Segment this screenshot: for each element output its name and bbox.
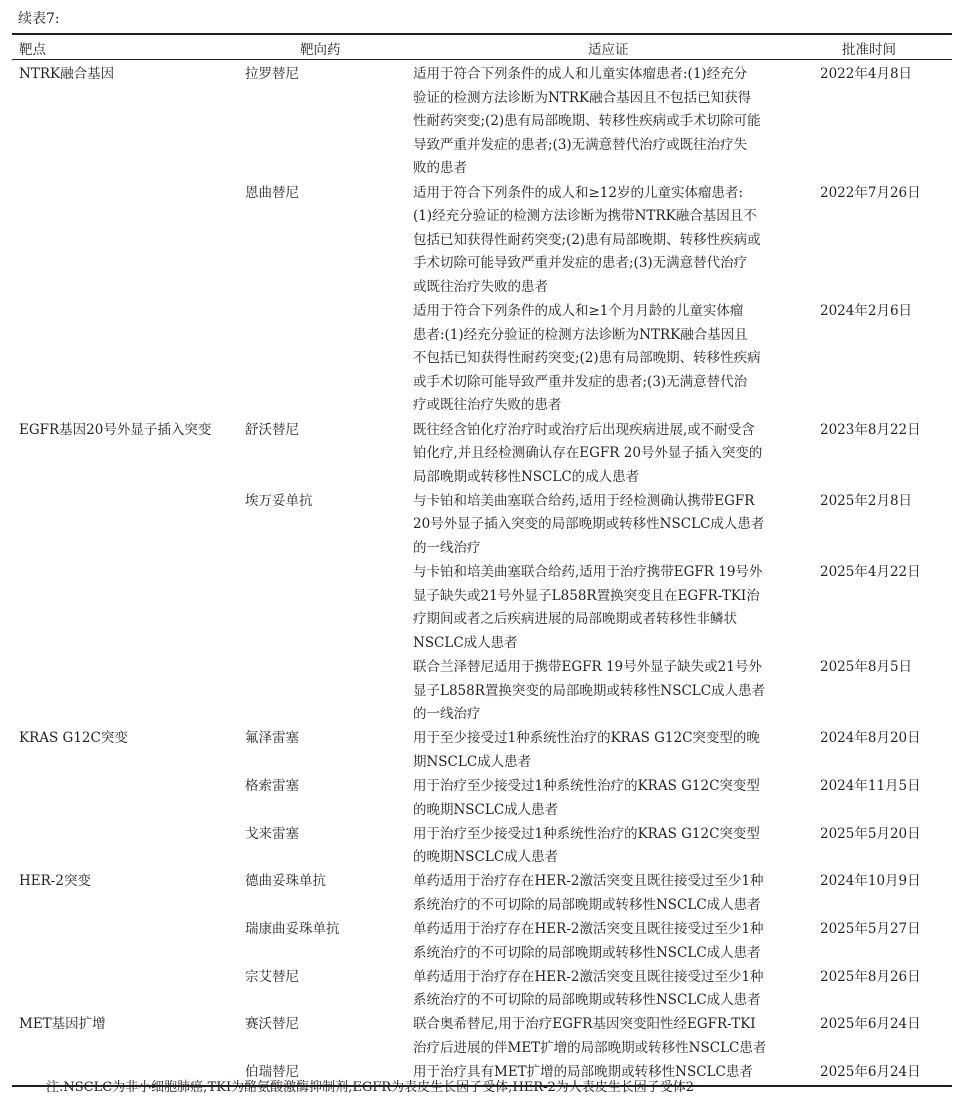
target-cell: EGFR基因20号外显子插入突变 (19, 419, 211, 443)
table-note: 注:NSCLC为非小细胞肺癌;TKI为酪氨酸激酶抑制剂;EGFR为表皮生长因子受… (46, 1076, 694, 1095)
target-cell: NTRK融合基因 (19, 63, 114, 87)
approval-date-cell: 2025年8月5日 (820, 656, 912, 680)
approval-date-cell: 2025年2月8日 (820, 490, 912, 514)
table-row: KRAS G12C突变氟泽雷塞用于至少接受过1种系统性治疗的KRAS G12C突… (12, 727, 952, 775)
table-row: 格索雷塞用于治疗至少接受过1种系统性治疗的KRAS G12C突变型 的晚期NSC… (12, 775, 952, 823)
indication-cell: 单药适用于治疗存在HER-2激活突变且既往接受过至少1种 系统治疗的不可切除的局… (413, 918, 764, 965)
header-drug: 靶向药 (300, 38, 341, 58)
approval-date-cell: 2025年6月24日 (820, 1061, 921, 1085)
table-row: MET基因扩增赛沃替尼联合奥希替尼,用于治疗EGFR基因突变阳性经EGFR-TK… (12, 1013, 952, 1061)
table-row: 宗艾替尼单药适用于治疗存在HER-2激活突变且既往接受过至少1种 系统治疗的不可… (12, 966, 952, 1014)
header-target: 靶点 (19, 38, 46, 58)
drug-cell: 恩曲替尼 (245, 182, 299, 206)
indication-cell: 单药适用于治疗存在HER-2激活突变且既往接受过至少1种 系统治疗的不可切除的局… (413, 870, 764, 917)
approval-date-cell: 2024年2月6日 (820, 300, 912, 324)
table-row: 恩曲替尼适用于符合下列条件的成人和≥12岁的儿童实体瘤患者: (1)经充分验证的… (12, 182, 952, 301)
approval-date-cell: 2024年10月9日 (820, 870, 921, 894)
drug-cell: 拉罗替尼 (245, 63, 299, 87)
indication-cell: 与卡铂和培美曲塞联合给药,适用于治疗携带EGFR 19号外 显子缺失或21号外显… (413, 561, 762, 655)
indication-cell: 适用于符合下列条件的成人和≥1个月月龄的儿童实体瘤 患者:(1)经充分验证的检测… (413, 300, 761, 418)
target-cell: HER-2突变 (19, 870, 91, 894)
drug-cell: 赛沃替尼 (245, 1013, 299, 1037)
table-body: NTRK融合基因拉罗替尼适用于符合下列条件的成人和儿童实体瘤患者:(1)经充分 … (12, 60, 952, 1085)
table-row: 适用于符合下列条件的成人和≥1个月月龄的儿童实体瘤 患者:(1)经充分验证的检测… (12, 300, 952, 419)
drug-cell: 宗艾替尼 (245, 966, 299, 990)
table-row: 瑞康曲妥珠单抗单药适用于治疗存在HER-2激活突变且既往接受过至少1种 系统治疗… (12, 918, 952, 966)
approval-date-cell: 2025年5月27日 (820, 918, 921, 942)
drug-cell: 戈来雷塞 (245, 823, 299, 847)
drug-cell: 舒沃替尼 (245, 419, 299, 443)
indication-cell: 适用于符合下列条件的成人和≥12岁的儿童实体瘤患者: (1)经充分验证的检测方法… (413, 182, 761, 300)
drug-cell: 格索雷塞 (245, 775, 299, 799)
target-cell: KRAS G12C突变 (19, 727, 128, 751)
indication-cell: 用于治疗至少接受过1种系统性治疗的KRAS G12C突变型 的晚期NSCLC成人… (413, 823, 760, 870)
table-row: 与卡铂和培美曲塞联合给药,适用于治疗携带EGFR 19号外 显子缺失或21号外显… (12, 561, 952, 656)
approval-date-cell: 2025年8月26日 (820, 966, 921, 990)
header-indication: 适应证 (588, 38, 629, 58)
approval-date-cell: 2022年4月8日 (820, 63, 912, 87)
table-caption: 续表7: (18, 8, 60, 28)
approval-date-cell: 2024年8月20日 (820, 727, 921, 751)
approval-date-cell: 2025年4月22日 (820, 561, 921, 585)
drug-cell: 德曲妥珠单抗 (245, 870, 326, 894)
table-row: EGFR基因20号外显子插入突变舒沃替尼既往经含铂化疗治疗时或治疗后出现疾病进展… (12, 419, 952, 490)
indication-cell: 与卡铂和培美曲塞联合给药,适用于经检测确认携带EGFR 20号外显子插入突变的局… (413, 490, 764, 561)
drug-approval-table: 靶点 靶向药 适应证 批准时间 NTRK融合基因拉罗替尼适用于符合下列条件的成人… (12, 33, 952, 1087)
approval-date-cell: 2025年5月20日 (820, 823, 921, 847)
header-approval-date: 批准时间 (842, 38, 896, 58)
drug-cell: 瑞康曲妥珠单抗 (245, 918, 340, 942)
indication-cell: 联合兰泽替尼适用于携带EGFR 19号外显子缺失或21号外 显子L858R置换突… (413, 656, 765, 727)
indication-cell: 单药适用于治疗存在HER-2激活突变且既往接受过至少1种 系统治疗的不可切除的局… (413, 966, 764, 1013)
table-row: NTRK融合基因拉罗替尼适用于符合下列条件的成人和儿童实体瘤患者:(1)经充分 … (12, 63, 952, 182)
indication-cell: 用于治疗至少接受过1种系统性治疗的KRAS G12C突变型 的晚期NSCLC成人… (413, 775, 760, 822)
approval-date-cell: 2025年6月24日 (820, 1013, 921, 1037)
indication-cell: 用于至少接受过1种系统性治疗的KRAS G12C突变型的晚 期NSCLC成人患者 (413, 727, 760, 774)
table-row: 戈来雷塞用于治疗至少接受过1种系统性治疗的KRAS G12C突变型 的晚期NSC… (12, 823, 952, 871)
approval-date-cell: 2024年11月5日 (820, 775, 921, 799)
indication-cell: 联合奥希替尼,用于治疗EGFR基因突变阳性经EGFR-TKI 治疗后进展的伴ME… (413, 1013, 766, 1060)
approval-date-cell: 2022年7月26日 (820, 182, 921, 206)
drug-cell: 氟泽雷塞 (245, 727, 299, 751)
table-header: 靶点 靶向药 适应证 批准时间 (12, 35, 952, 59)
table-row: 埃万妥单抗与卡铂和培美曲塞联合给药,适用于经检测确认携带EGFR 20号外显子插… (12, 490, 952, 561)
approval-date-cell: 2023年8月22日 (820, 419, 921, 443)
indication-cell: 既往经含铂化疗治疗时或治疗后出现疾病进展,或不耐受含 铂化疗,并且经检测确认存在… (413, 419, 762, 490)
target-cell: MET基因扩增 (19, 1013, 106, 1037)
indication-cell: 适用于符合下列条件的成人和儿童实体瘤患者:(1)经充分 验证的检测方法诊断为NT… (413, 63, 761, 181)
table-row: 联合兰泽替尼适用于携带EGFR 19号外显子缺失或21号外 显子L858R置换突… (12, 656, 952, 727)
table-row: HER-2突变德曲妥珠单抗单药适用于治疗存在HER-2激活突变且既往接受过至少1… (12, 870, 952, 918)
drug-cell: 埃万妥单抗 (245, 490, 313, 514)
